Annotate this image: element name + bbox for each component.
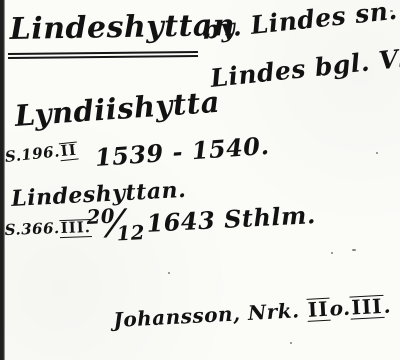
signature: Johansson, Nrk. IIo.III. — [113, 293, 392, 332]
scan-speck — [290, 342, 292, 344]
signature-end: . — [383, 293, 392, 317]
archive-card: Lindeshyttan by. Lindes sn. Lindes bgl. … — [0, 0, 400, 360]
source-ref-1: S.196.II — [4, 140, 79, 166]
district-line: Lindes bgl. Vstm. — [209, 38, 400, 93]
source-ref-2-page: S.366. — [4, 219, 60, 239]
year-range: 1539 - 1540. — [94, 131, 270, 172]
scan-speck — [376, 152, 378, 154]
date-month: 12 — [116, 221, 146, 245]
scan-speck — [168, 272, 170, 274]
date-year-place: 1643 Sthlm. — [146, 200, 317, 238]
source-ref-2: S.366.III. — [4, 218, 92, 240]
scan-edge-line — [0, 0, 5, 360]
signature-volume-1: II — [306, 298, 330, 322]
signature-volume-2: III — [350, 295, 384, 320]
source-ref-1-page: S.196. — [4, 142, 61, 166]
signature-conjunction: o. — [329, 296, 351, 321]
scan-speck — [331, 252, 333, 254]
scan-speck — [30, 123, 32, 125]
source-ref-1-volume: II — [59, 141, 79, 161]
signature-author: Johansson, Nrk. — [113, 298, 300, 332]
headword-double-underline — [8, 51, 198, 59]
date-fraction: 20⁄12 — [86, 197, 146, 244]
scan-speck — [352, 249, 356, 251]
name-form-1539: Lyndiishytta — [14, 85, 221, 133]
headword-annotation: by. Lindes sn. — [201, 0, 399, 45]
scan-speck — [390, 10, 393, 12]
